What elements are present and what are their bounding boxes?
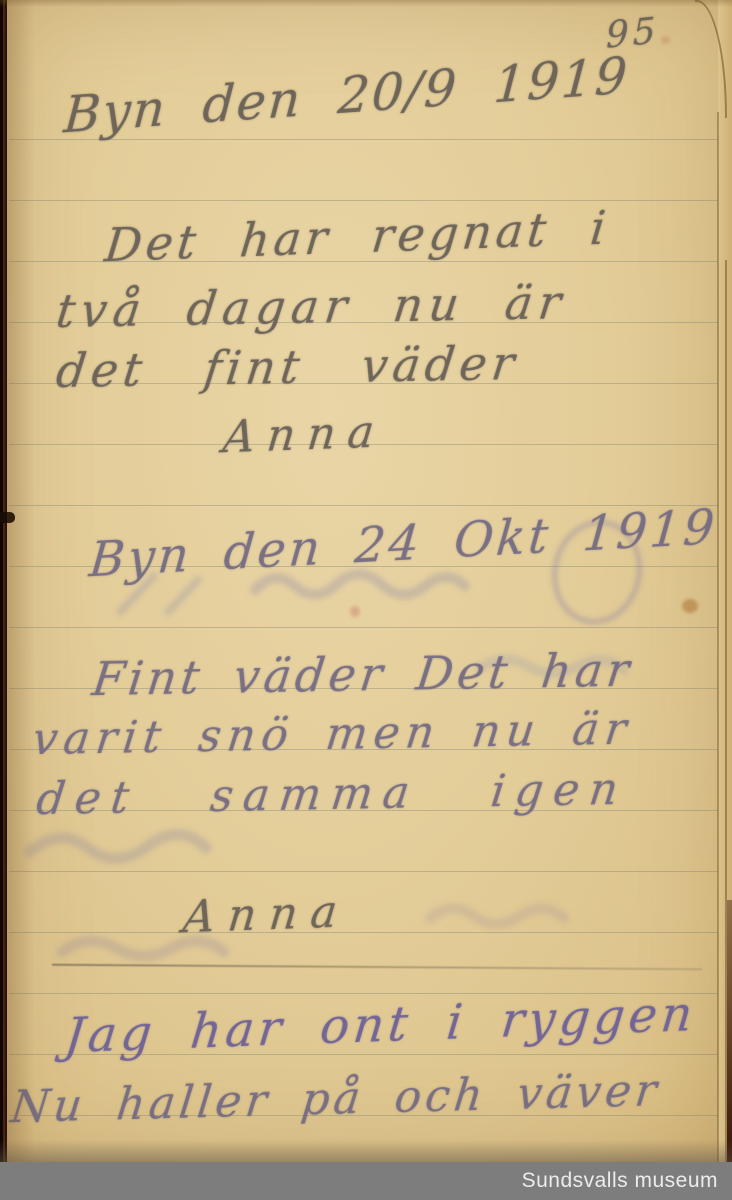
edge-shadow-top [0,0,732,7]
entry2-text-line: Fint väder Det har [89,643,636,707]
paper-stain [682,599,698,613]
page-edge-line [717,112,719,1162]
book-cover-sliver [727,900,732,1162]
paper-stain [661,36,670,44]
caption-bar: Sundsvalls museum [0,1162,732,1200]
entry1-signature: Anna [221,406,389,463]
entry2-signature: Anna [181,886,353,943]
diary-page-photo: 95 Byn den 20/9 1919 Det har regnat i tv… [0,0,732,1200]
entry1-date-line: Byn den 20/9 1919 [62,47,631,145]
paper-stain [350,606,360,617]
entry1-text-line: två dagar nu är [53,275,570,338]
binding-shadow [7,0,35,1162]
entry2-text-line: det samma igen [34,764,631,825]
caption-text: Sundsvalls museum [522,1169,732,1193]
entry1-text-line: det fint väder [53,336,522,398]
entry2-text-line: varit snö men nu är [30,704,635,766]
notebook-page: 95 Byn den 20/9 1919 Det har regnat i tv… [0,0,732,1162]
edge-shadow-bottom [0,1140,732,1162]
